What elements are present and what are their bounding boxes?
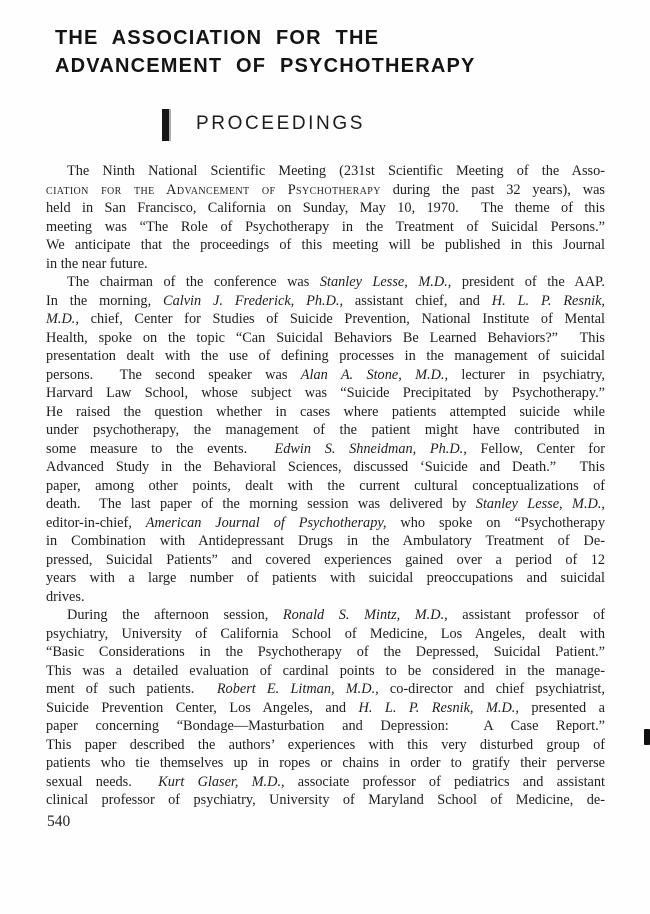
italic-text-segment: M.D., [46,311,79,327]
text-segment: president of the AAP. [451,274,605,290]
text-segment: persons. The second speaker was [46,367,301,383]
text-segment: The Ninth National Scientific Meeting (2… [67,163,605,179]
text-segment: pressed, Suicidal Patients” and covered … [46,552,605,568]
text-line: paper concerning “Bondage—Masturbation a… [46,717,605,736]
text-segment: This was a detailed evaluation of cardin… [46,663,605,679]
body-text: The Ninth National Scientific Meeting (2… [46,162,605,810]
text-line: drives. [46,588,605,607]
text-segment: presented a [519,700,605,716]
italic-text-segment: Edwin S. Shneidman, Ph.D., [275,441,467,457]
journal-page: THE ASSOCIATION FOR THE ADVANCEMENT OF P… [0,0,650,914]
text-segment: associate professor of pediatrics and as… [285,774,605,790]
text-segment: patients who tie themselves up in ropes … [46,755,605,771]
text-segment: years with a large number of patients wi… [46,570,605,586]
text-line: Harvard Law School, whose subject was “S… [46,384,605,403]
text-segment: assistant chief, and [343,293,492,309]
text-segment: editor-in-chief, [46,515,146,531]
text-line: The Ninth National Scientific Meeting (2… [46,162,605,181]
italic-text-segment: Alan A. Stone, M.D., [301,367,448,383]
text-line: some measure to the events. Edwin S. Shn… [46,440,605,459]
proceedings-heading: PROCEEDINGS [162,109,365,141]
text-segment: During the afternoon session, [67,607,283,623]
text-line: meeting was “The Role of Psychotherapy i… [46,218,605,237]
text-line: Advanced Study in the Behavioral Science… [46,458,605,477]
text-segment: presentation dealt with the use of defin… [46,348,605,364]
text-line: Suicide Prevention Center, Los Angeles, … [46,699,605,718]
text-segment: The chairman of the conference was [67,274,320,290]
text-segment: lecturer in psychiatry, [448,367,605,383]
paragraph: During the afternoon session, Ronald S. … [46,606,605,810]
text-segment: Health, spoke on the topic “Can Suicidal… [46,330,605,346]
italic-text-segment: Ronald S. Mintz, M.D., [283,607,448,623]
text-line: “Basic Considerations in the Psychothera… [46,643,605,662]
proceedings-label: PROCEEDINGS [196,113,365,137]
page-number: 540 [47,813,70,831]
text-segment: assistant professor of [448,607,605,623]
text-segment: Advanced Study in the Behavioral Science… [46,459,605,475]
text-line: pressed, Suicidal Patients” and covered … [46,551,605,570]
text-segment: Suicide Prevention Center, Los Angeles, … [46,700,359,716]
text-segment: in Combination with Antidepressant Drugs… [46,533,605,549]
paragraph: The chairman of the conference was Stanl… [46,273,605,606]
text-segment: In the morning, [46,293,163,309]
text-line: clinical professor of psychiatry, Univer… [46,791,605,810]
italic-text-segment: Stanley Lesse, M.D., [320,274,451,290]
text-line: presentation dealt with the use of defin… [46,347,605,366]
text-line: During the afternoon session, Ronald S. … [46,606,605,625]
italic-text-segment: Calvin J. Frederick, Ph.D., [163,293,343,309]
text-line: This was a detailed evaluation of cardin… [46,662,605,681]
text-line: years with a large number of patients wi… [46,569,605,588]
text-segment: death. The last paper of the morning ses… [46,496,476,512]
text-line: ciation for the Advancement of Psychothe… [46,181,605,200]
text-line: sexual needs. Kurt Glaser, M.D., associa… [46,773,605,792]
text-segment: This paper described the authors’ experi… [46,737,605,753]
text-segment: Harvard Law School, whose subject was “S… [46,385,605,401]
text-line: ment of such patients. Robert E. Litman,… [46,680,605,699]
text-line: The chairman of the conference was Stanl… [46,273,605,292]
text-line: M.D., chief, Center for Studies of Suici… [46,310,605,329]
scan-artifact-mark [644,729,650,745]
text-line: editor-in-chief, American Journal of Psy… [46,514,605,533]
italic-text-segment: Stanley Lesse, M.D., [476,496,605,512]
text-line: persons. The second speaker was Alan A. … [46,366,605,385]
text-segment: during the past 32 years), was [381,182,605,198]
text-line: in Combination with Antidepressant Drugs… [46,532,605,551]
text-segment: “Basic Considerations in the Psychothera… [46,644,605,660]
text-line: He raised the question whether in cases … [46,403,605,422]
text-line: This paper described the authors’ experi… [46,736,605,755]
text-segment: drives. [46,589,85,605]
text-line: under psychotherapy, the management of t… [46,421,605,440]
text-segment: We anticipate that the proceedings of th… [46,237,605,253]
text-segment: co-director and chief psychiatrist, [379,681,605,697]
paragraph: The Ninth National Scientific Meeting (2… [46,162,605,273]
text-line: Health, spoke on the topic “Can Suicidal… [46,329,605,348]
text-segment: Fellow, Center for [467,441,605,457]
text-segment: in the near future. [46,256,148,272]
text-line: paper, among other points, dealt with th… [46,477,605,496]
text-segment: who spoke on “Psychotherapy [386,515,605,531]
italic-text-segment: H. L. P. Resnik, [492,293,605,309]
page-title-line1: THE ASSOCIATION FOR THE [55,24,476,52]
italic-text-segment: Robert E. Litman, M.D., [217,681,379,697]
text-line: psychiatry, University of California Sch… [46,625,605,644]
text-segment: chief, Center for Studies of Suicide Pre… [79,311,605,327]
text-segment: meeting was “The Role of Psychotherapy i… [46,219,605,235]
smallcaps-text-segment: ciation for the Advancement of Psychothe… [46,182,381,198]
text-segment: paper, among other points, dealt with th… [46,478,605,494]
text-line: patients who tie themselves up in ropes … [46,754,605,773]
italic-text-segment: American Journal of Psychotherapy, [146,515,387,531]
text-segment: held in San Francisco, California on Sun… [46,200,605,216]
text-segment: sexual needs. [46,774,158,790]
text-segment: under psychotherapy, the management of t… [46,422,605,438]
text-line: death. The last paper of the morning ses… [46,495,605,514]
page-title-line2: ADVANCEMENT OF PSYCHOTHERAPY [55,52,476,80]
italic-text-segment: H. L. P. Resnik, M.D., [359,700,519,716]
text-line: In the morning, Calvin J. Frederick, Ph.… [46,292,605,311]
text-line: held in San Francisco, California on Sun… [46,199,605,218]
heading-bar-icon [162,109,169,141]
text-segment: clinical professor of psychiatry, Univer… [46,792,605,808]
text-line: We anticipate that the proceedings of th… [46,236,605,255]
text-segment: He raised the question whether in cases … [46,404,605,420]
page-title: THE ASSOCIATION FOR THE ADVANCEMENT OF P… [55,24,476,80]
text-segment: ment of such patients. [46,681,217,697]
text-segment: psychiatry, University of California Sch… [46,626,605,642]
text-segment: some measure to the events. [46,441,275,457]
text-line: in the near future. [46,255,605,274]
italic-text-segment: Kurt Glaser, M.D., [158,774,284,790]
text-segment: paper concerning “Bondage—Masturbation a… [46,718,605,734]
